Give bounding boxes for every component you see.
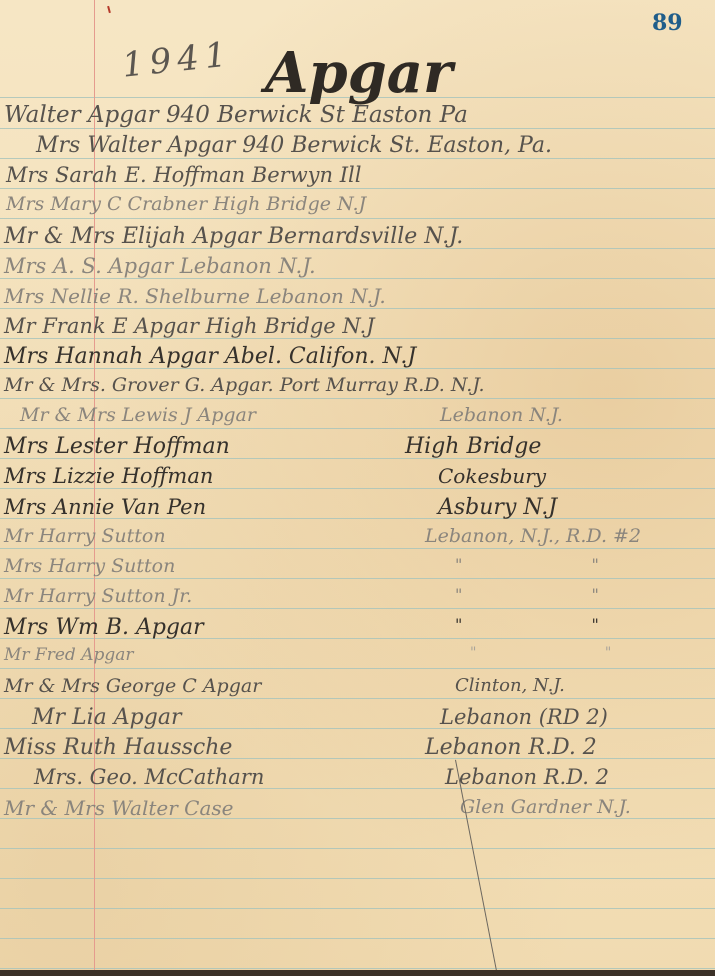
ink-mark (107, 6, 111, 13)
ledger-entry: Walter Apgar 940 Berwick St Easton Pa (0, 100, 715, 130)
entry-name: Mr Lia Apgar (32, 705, 181, 730)
ledger-entry: Mrs Sarah E. Hoffman Berwyn Ill (0, 161, 715, 191)
entry-name: Mrs Walter Apgar 940 Berwick St. Easton,… (36, 133, 552, 158)
entry-place: Lebanon R.D. 2 (445, 765, 609, 789)
page-bottom-edge (0, 970, 715, 976)
ledger-entry: Mrs Annie Van Pen Asbury N.J (0, 493, 715, 523)
entry-place: Asbury N.J (438, 495, 557, 520)
entry-name: Miss Ruth Haussche (4, 735, 232, 760)
ledger-entry: Mrs Walter Apgar 940 Berwick St. Easton,… (0, 131, 715, 161)
entry-name: Mr Harry Sutton Jr. (4, 585, 192, 607)
entry-name: Mrs Wm B. Apgar (4, 615, 204, 640)
entry-place: Lebanon N.J. (440, 404, 563, 426)
page-heading: Apgar (265, 40, 453, 106)
entry-name: Mr & Mrs George C Apgar (4, 675, 261, 697)
year-label: 1941 (120, 34, 234, 85)
ledger-entry: Mrs Mary C Crabner High Bridge N.J (0, 191, 715, 221)
entry-name: Mr & Mrs Lewis J Apgar (20, 404, 256, 426)
ledger-entry: Mr & Mrs Elijah Apgar Bernardsville N.J. (0, 222, 715, 252)
ledger-entry: Mrs Wm B. Apgar " " " (0, 613, 715, 643)
entry-name: Mrs Nellie R. Shelburne Lebanon N.J. (4, 284, 386, 308)
entry-place: Lebanon R.D. 2 (425, 735, 597, 760)
entry-place: Clinton, N.J. (455, 675, 565, 696)
ledger-entry: Mr Frank E Apgar High Bridge N.J (0, 312, 715, 342)
page-number: 89 (652, 10, 683, 36)
entry-place: " " " (455, 615, 715, 634)
rule-line (0, 848, 715, 849)
entry-name: Mrs Sarah E. Hoffman Berwyn Ill (6, 163, 361, 187)
rule-line (0, 968, 715, 969)
ledger-entry: Mrs Lizzie Hoffman Cokesbury (0, 462, 715, 492)
rule-line (0, 908, 715, 909)
ledger-entry: Mrs Hannah Apgar Abel. Califon. N.J (0, 342, 715, 372)
entry-name: Mr Fred Apgar (4, 645, 134, 665)
entry-place: Lebanon (RD 2) (440, 705, 608, 729)
ledger-entry: Mrs A. S. Apgar Lebanon N.J. (0, 252, 715, 282)
entry-name: Mrs Lester Hoffman (4, 434, 230, 459)
ledger-entry: Mrs Lester Hoffman High Bridge (0, 432, 715, 462)
entry-name: Mr Frank E Apgar High Bridge N.J (4, 314, 375, 338)
ledger-entry: Mrs. Geo. McCatharn Lebanon R.D. 2 (0, 763, 715, 793)
entry-place: Lebanon, N.J., R.D. #2 (425, 525, 641, 547)
ledger-entry: Mr & Mrs Lewis J Apgar Lebanon N.J. (0, 402, 715, 432)
entry-place: " " " (455, 585, 715, 604)
entry-name: Mr & Mrs. Grover G. Apgar. Port Murray R… (4, 374, 485, 396)
ledger-entry: Mr Fred Apgar " " " (0, 643, 715, 673)
entry-name: Walter Apgar 940 Berwick St Easton Pa (4, 102, 468, 128)
rule-line (0, 938, 715, 939)
ledger-entry: Mr & Mrs George C Apgar Clinton, N.J. (0, 673, 715, 703)
entry-place: " " " (455, 555, 715, 574)
entry-name: Mrs Hannah Apgar Abel. Califon. N.J (4, 344, 416, 369)
entry-name: Mrs. Geo. McCatharn (34, 765, 264, 789)
entry-place: " " " (470, 645, 715, 661)
entry-name: Mr & Mrs Walter Case (4, 796, 233, 820)
ledger-entry: Mr & Mrs. Grover G. Apgar. Port Murray R… (0, 372, 715, 402)
entry-name: Mrs Lizzie Hoffman (4, 464, 213, 488)
entry-place: Cokesbury (438, 464, 546, 488)
ledger-entry: Mr Harry Sutton Lebanon, N.J., R.D. #2 (0, 523, 715, 553)
entry-name: Mrs Mary C Crabner High Bridge N.J (6, 193, 366, 215)
ledger-page: 89 1941 Apgar Walter Apgar 940 Berwick S… (0, 0, 715, 976)
ledger-entry: Mr Lia Apgar Lebanon (RD 2) (0, 703, 715, 733)
entry-name: Mr Harry Sutton (4, 525, 166, 547)
entry-name: Mrs A. S. Apgar Lebanon N.J. (4, 254, 316, 278)
entry-place: Glen Gardner N.J. (460, 796, 631, 818)
entry-name: Mr & Mrs Elijah Apgar Bernardsville N.J. (4, 224, 463, 249)
ledger-entry: Mr Harry Sutton Jr. " " " (0, 583, 715, 613)
entry-name: Mrs Annie Van Pen (4, 495, 206, 519)
entry-name: Mrs Harry Sutton (4, 555, 175, 577)
rule-line (0, 878, 715, 879)
ledger-entry: Mrs Nellie R. Shelburne Lebanon N.J. (0, 282, 715, 312)
ledger-entry: Mrs Harry Sutton " " " (0, 553, 715, 583)
ledger-entry: Mr & Mrs Walter Case Glen Gardner N.J. (0, 794, 715, 824)
entry-place: High Bridge (405, 434, 541, 459)
ledger-entry: Miss Ruth Haussche Lebanon R.D. 2 (0, 733, 715, 763)
